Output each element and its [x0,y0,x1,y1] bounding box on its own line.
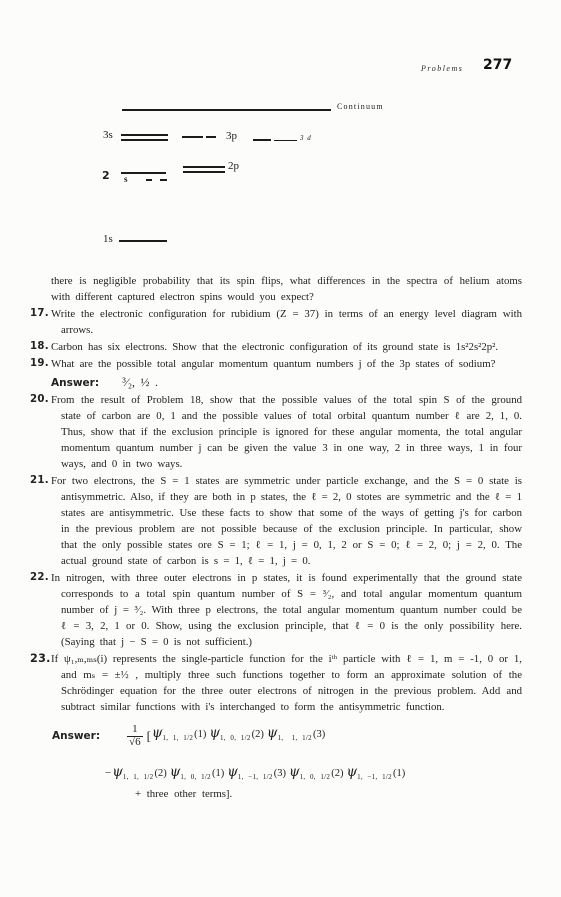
problem-number: 20. [30,392,51,472]
answer-label: Answer: [51,377,99,389]
problem-number: 18. [30,339,51,355]
problem-number: 17. [30,306,51,338]
problem-18: 18. Carbon has six electrons. Show that … [30,339,522,355]
fraction-denominator: √6 [127,736,143,749]
level-2p-label: 2p [228,160,239,172]
problem-19: 19. What are the possible total angular … [30,356,522,372]
level-2s-dash-1 [146,179,152,181]
intro-paragraph: there is negligible probability that its… [51,273,522,305]
psi-term: −ψ1, 1, 1/2(2) [105,767,167,779]
level-1s-line [119,240,167,242]
problem-text: In nitrogen, with three outer electrons … [51,570,522,650]
level-3s-line-lower [121,139,168,141]
problem-21: 21. For two electrons, the S = 1 states … [30,473,522,569]
problem-number: 21. [30,473,51,569]
psi-symbol: ψ [267,725,278,741]
psi-symbol: ψ [227,764,238,780]
psi-term: ψ1, 0, 1/2(1) [170,767,225,779]
psi-symbol: ψ [152,725,163,741]
level-3d-line-left [253,139,271,141]
problem-23-answer: Answer: 1 √6 [ ψ1, 1, 1/2(1)ψ1, 0, 1/2(2… [52,724,522,802]
answer-label: Answer: [52,728,100,744]
psi-term: ψ1, −1, 1/2(3) [227,767,286,779]
problem-text: From the result of Problem 18, show that… [51,392,522,472]
psi-symbol: ψ [209,725,220,741]
psi-terms-line-2: −ψ1, 1, 1/2(2)ψ1, 0, 1/2(1)ψ1, −1, 1/2(3… [105,764,408,785]
fraction-one-over-sqrt6: 1 √6 [126,724,144,748]
level-2p-line-upper [183,166,225,168]
level-3s-line-upper [121,134,168,136]
problem-22: 22. In nitrogen, with three outer electr… [30,570,522,650]
level-3d-line-right [274,140,297,141]
psi-term: ψ1, −1, 1/2(1) [346,767,405,779]
problem-number: 19. [30,356,51,372]
problem-number: 22. [30,570,51,650]
problem-17: 17. Write the electronic configuration f… [30,306,522,338]
psi-symbol: ψ [170,764,181,780]
open-bracket: [ [147,728,151,744]
problem-text: Carbon has six electrons. Show that the … [51,339,522,355]
answer-formula-line-1: Answer: 1 √6 [ ψ1, 1, 1/2(1)ψ1, 0, 1/2(2… [52,724,522,748]
level-2s-dash-2 [160,179,167,181]
level-3s-label: 3s [103,129,113,141]
level-3p-label: 3p [226,130,237,142]
problem-20: 20. From the result of Problem 18, show … [30,392,522,472]
psi-symbol: ψ [289,764,300,780]
level-3p-line-left [182,136,203,138]
continuum-line [122,109,331,111]
level-2p-line-lower [183,171,225,173]
psi-symbol: ψ [346,764,357,780]
answer-formula-line-3: + three other terms]. [135,786,522,802]
problem-text: For two electrons, the S = 1 states are … [51,473,522,569]
book-page: Problems 277 Continuum 3s 3p 3 d 2p 2 s … [0,0,561,897]
energy-level-diagram: Continuum 3s 3p 3 d 2p 2 s 1s [0,0,561,260]
psi-term: ψ1, 0, 1/2(2) [209,728,264,740]
psi-terms-line-1: ψ1, 1, 1/2(1)ψ1, 0, 1/2(2)ψ1, 1, 1/2(3) [152,725,328,746]
psi-term: ψ1, 0, 1/2(2) [289,767,344,779]
psi-symbol: ψ [112,764,123,780]
level-2-label: 2 [102,169,110,182]
level-3p-line-right [206,136,216,138]
continuum-label: Continuum [337,102,384,111]
psi-term: ψ1, 1, 1/2(3) [267,728,325,740]
problem-text: Write the electronic configuration for r… [51,306,522,338]
problem-text: If ψ₁,ₘ,ₘₛ(i) represents the single-part… [51,651,522,715]
problem-19-answer: Answer: ³⁄₂, ½ . [51,374,522,391]
problem-number: 23. [30,651,51,715]
psi-term: ψ1, 1, 1/2(1) [152,728,207,740]
answer-value: ³⁄₂, ½ . [122,375,158,389]
problems-text-column: there is negligible probability that its… [30,273,522,802]
level-3d-label: 3 d [300,134,312,142]
fraction-numerator: 1 [126,724,144,736]
level-1s-label: 1s [103,233,113,245]
problem-23: 23. If ψ₁,ₘ,ₘₛ(i) represents the single-… [30,651,522,715]
level-2s-sublabel: s [124,174,128,184]
problem-text: What are the possible total angular mome… [51,356,522,372]
answer-formula-line-2: −ψ1, 1, 1/2(2)ψ1, 0, 1/2(1)ψ1, −1, 1/2(3… [105,764,522,785]
